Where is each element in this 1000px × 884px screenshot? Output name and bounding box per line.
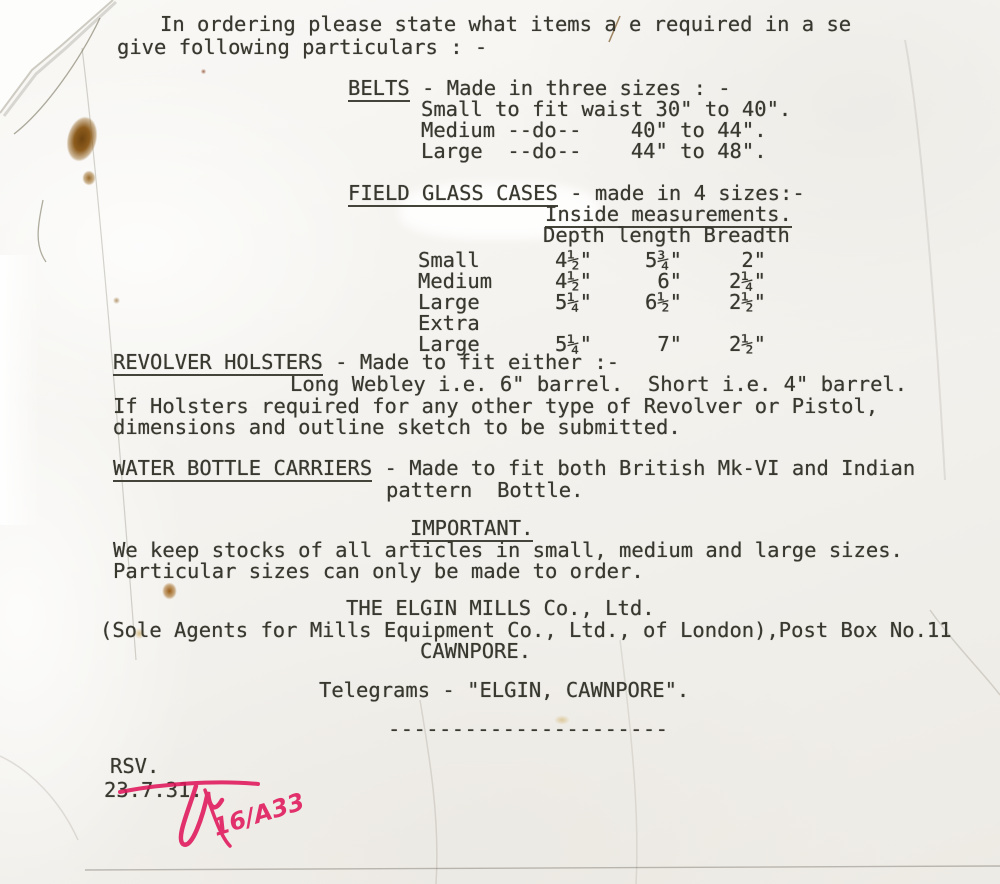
- water-bottle-line-2: pattern Bottle.: [386, 479, 583, 501]
- size-label: Extra: [418, 312, 480, 334]
- speck: [200, 68, 207, 75]
- revolver-line-2: If Holsters required for any other type …: [113, 395, 878, 417]
- breadth-value: 2¼": [640, 270, 766, 292]
- belts-heading: BELTS - Made in three sizes : -: [348, 77, 731, 99]
- belts-row-medium: Medium --do-- 40" to 44".: [421, 119, 767, 141]
- important-line-1: We keep stocks of all articles in small,…: [113, 539, 903, 561]
- important-heading: IMPORTANT.: [410, 517, 533, 539]
- telegrams-line: Telegrams - "ELGIN, CAWNPORE".: [319, 679, 689, 701]
- initials: RSV.: [110, 755, 159, 777]
- breadth-value: 2": [640, 249, 766, 271]
- company-name: THE ELGIN MILLS Co., Ltd.: [346, 597, 655, 619]
- revolver-heading: REVOLVER HOLSTERS - Made to fit either :…: [113, 351, 619, 373]
- belts-row-small: Small to fit waist 30" to 40".: [421, 98, 791, 120]
- water-bottle-title: WATER BOTTLE CARRIERS: [113, 456, 372, 482]
- revolver-line-1: Long Webley i.e. 6" barrel. Short i.e. 4…: [290, 373, 907, 395]
- water-bottle-heading: WATER BOTTLE CARRIERS - Made to fit both…: [113, 457, 915, 479]
- divider-dashes: ----------------------: [388, 718, 668, 740]
- inside-measurements-subtitle: Inside measurements.: [545, 203, 792, 225]
- important-line-2: Particular sizes can only be made to ord…: [113, 560, 644, 582]
- intro-line-1: In ordering please state what items a e …: [160, 13, 851, 35]
- belts-title: BELTS: [348, 76, 410, 102]
- date: 23.7.31.: [104, 779, 203, 801]
- table-row: Medium 4½" 6" 2¼": [0, 270, 1000, 292]
- belts-row-large: Large --do-- 44" to 48".: [421, 140, 767, 162]
- field-glass-heading: FIELD GLASS CASES - made in 4 sizes:-: [348, 182, 805, 204]
- table-row: Extra: [0, 312, 1000, 334]
- ink-stain-small: [80, 168, 98, 188]
- revolver-title-rest: - Made to fit either :-: [323, 350, 619, 374]
- column-header: Depth length Breadth: [543, 224, 790, 246]
- table-row: Small 4½" 5¾" 2": [0, 249, 1000, 271]
- company-agents-line: (Sole Agents for Mills Equipment Co., Lt…: [100, 619, 952, 641]
- company-city: CAWNPORE.: [420, 640, 531, 662]
- intro-line-2: give following particulars : -: [117, 36, 487, 58]
- scanned-document: In ordering please state what items a e …: [0, 0, 1000, 884]
- breadth-value: 2½": [640, 291, 766, 313]
- stain-mid-left: [160, 580, 179, 602]
- breadth-value: 2½": [640, 333, 766, 355]
- revolver-line-3: dimensions and outline sketch to be subm…: [113, 416, 681, 438]
- field-glass-title: FIELD GLASS CASES: [348, 181, 558, 207]
- water-bottle-title-rest: - Made to fit both British Mk-VI and Ind…: [372, 456, 915, 480]
- table-row: Large 5¼" 6½" 2½": [0, 291, 1000, 313]
